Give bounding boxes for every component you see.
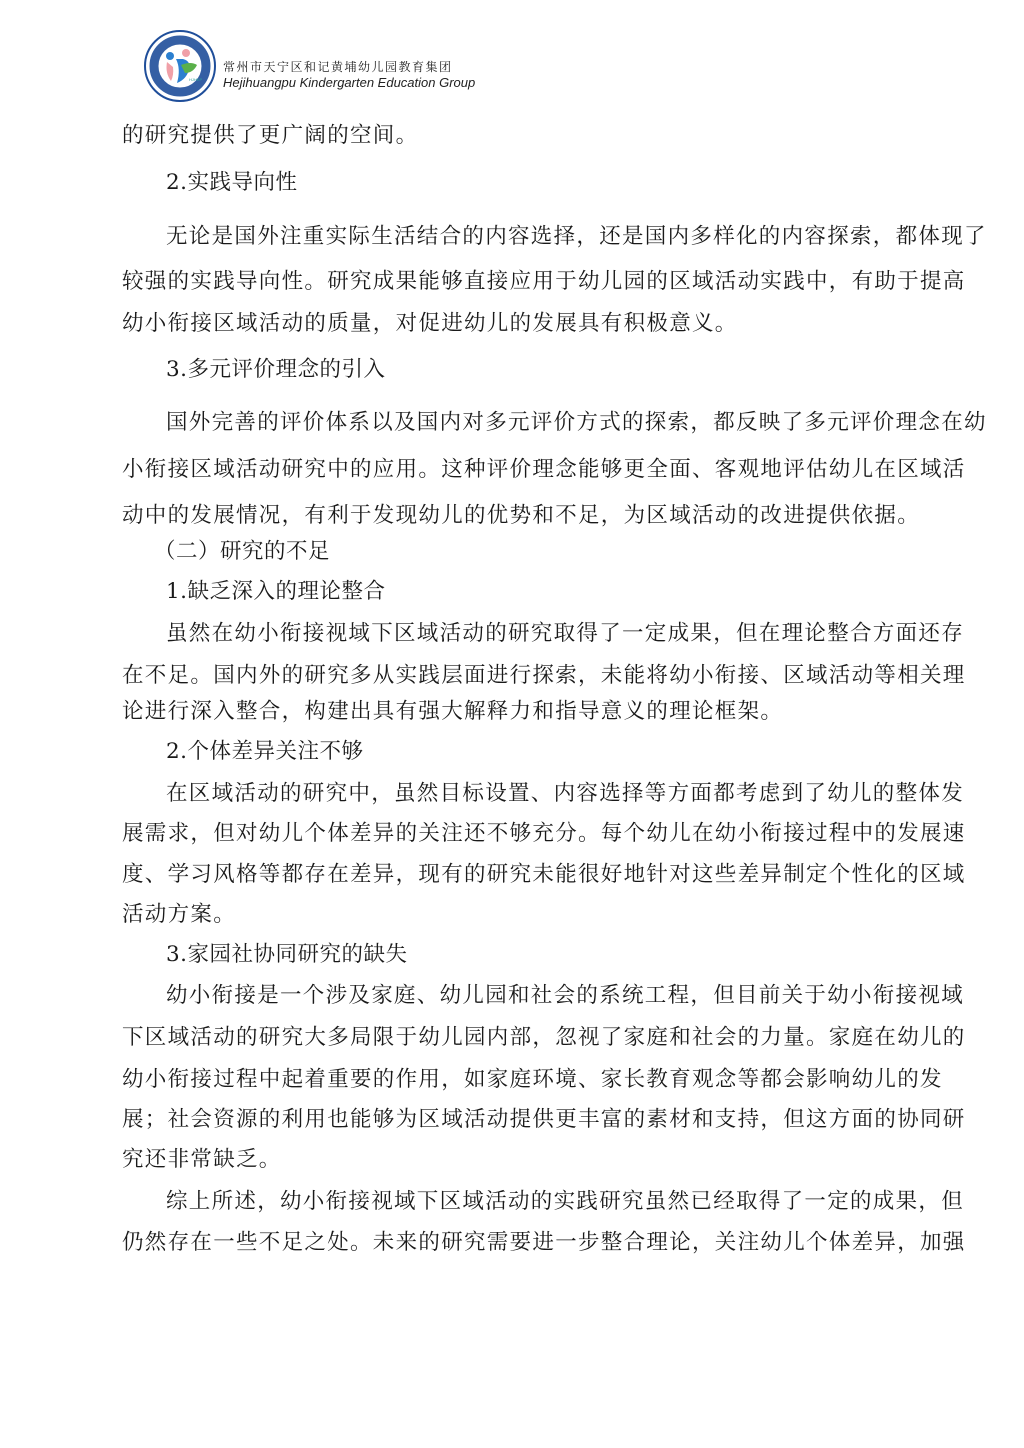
section-heading: 2.个体差异关注不够 [122,738,912,766]
section-heading: 1.缺乏深入的理论整合 [122,578,912,606]
body-text-line: 展需求，但对幼儿个体差异的关注还不够充分。每个幼儿在幼小衔接过程中的发展速 [122,820,900,848]
paragraph-first-line: 无论是国外注重实际生活结合的内容选择，还是国内多样化的内容探索，都体现了 [122,223,900,251]
paragraph-first-line: 综上所述，幼小衔接视域下区域活动的实践研究虽然已经取得了一定的成果，但 [122,1188,900,1216]
body-text-line: 度、学习风格等都存在差异，现有的研究未能很好地针对这些差异制定个性化的区域 [122,861,900,889]
page-header: HJHKP 常州市天宁区和记黄埔幼儿园教育集团 Hejihuangpu Kind… [143,28,475,104]
body-text-line: 小衔接区域活动研究中的应用。这种评价理念能够更全面、客观地评估幼儿在区域活 [122,456,900,484]
paragraph-first-line: 虽然在幼小衔接视域下区域活动的研究取得了一定成果，但在理论整合方面还存 [122,620,900,648]
paragraph-first-line: 国外完善的评价体系以及国内对多元评价方式的探索，都反映了多元评价理念在幼 [122,409,900,437]
paragraph-first-line: 在区域活动的研究中，虽然目标设置、内容选择等方面都考虑到了幼儿的整体发 [122,780,900,808]
body-text-line: 究还非常缺乏。 [122,1146,912,1174]
body-text-line: 的研究提供了更广阔的空间。 [122,122,912,150]
body-text-line: 幼小衔接过程中起着重要的作用，如家庭环境、家长教育观念等都会影响幼儿的发 [122,1066,900,1094]
svg-text:HJHKP: HJHKP [189,77,202,82]
section-heading: 3.家园社协同研究的缺失 [122,941,912,969]
org-name-en: Hejihuangpu Kindergarten Education Group [223,75,475,91]
body-text-line: 下区域活动的研究大多局限于幼儿园内部，忽视了家庭和社会的力量。家庭在幼儿的 [122,1024,900,1052]
paragraph-first-line: 幼小衔接是一个涉及家庭、幼儿园和社会的系统工程，但目前关于幼小衔接视域 [122,982,900,1010]
chapter-heading: （二）研究的不足 [122,538,912,566]
body-text-line: 动中的发展情况，有利于发现幼儿的优势和不足，为区域活动的改进提供依据。 [122,502,912,530]
body-text-line: 论进行深入整合，构建出具有强大解释力和指导意义的理论框架。 [122,698,912,726]
body-text-line: 展；社会资源的利用也能够为区域活动提供更丰富的素材和支持，但这方面的协同研 [122,1106,900,1134]
body-text-line: 仍然存在一些不足之处。未来的研究需要进一步整合理论，关注幼儿个体差异，加强 [122,1229,900,1257]
body-text-line: 较强的实践导向性。研究成果能够直接应用于幼儿园的区域活动实践中，有助于提高 [122,268,900,296]
kindergarten-logo-icon: HJHKP [143,29,217,103]
org-name-cn: 常州市天宁区和记黄埔幼儿园教育集团 [223,59,475,75]
section-heading: 3.多元评价理念的引入 [122,356,912,384]
body-text-line: 活动方案。 [122,901,912,929]
section-heading: 2.实践导向性 [122,169,912,197]
body-text-line: 幼小衔接区域活动的质量，对促进幼儿的发展具有积极意义。 [122,310,912,338]
body-text-line: 在不足。国内外的研究多从实践层面进行探索，未能将幼小衔接、区域活动等相关理 [122,662,900,690]
